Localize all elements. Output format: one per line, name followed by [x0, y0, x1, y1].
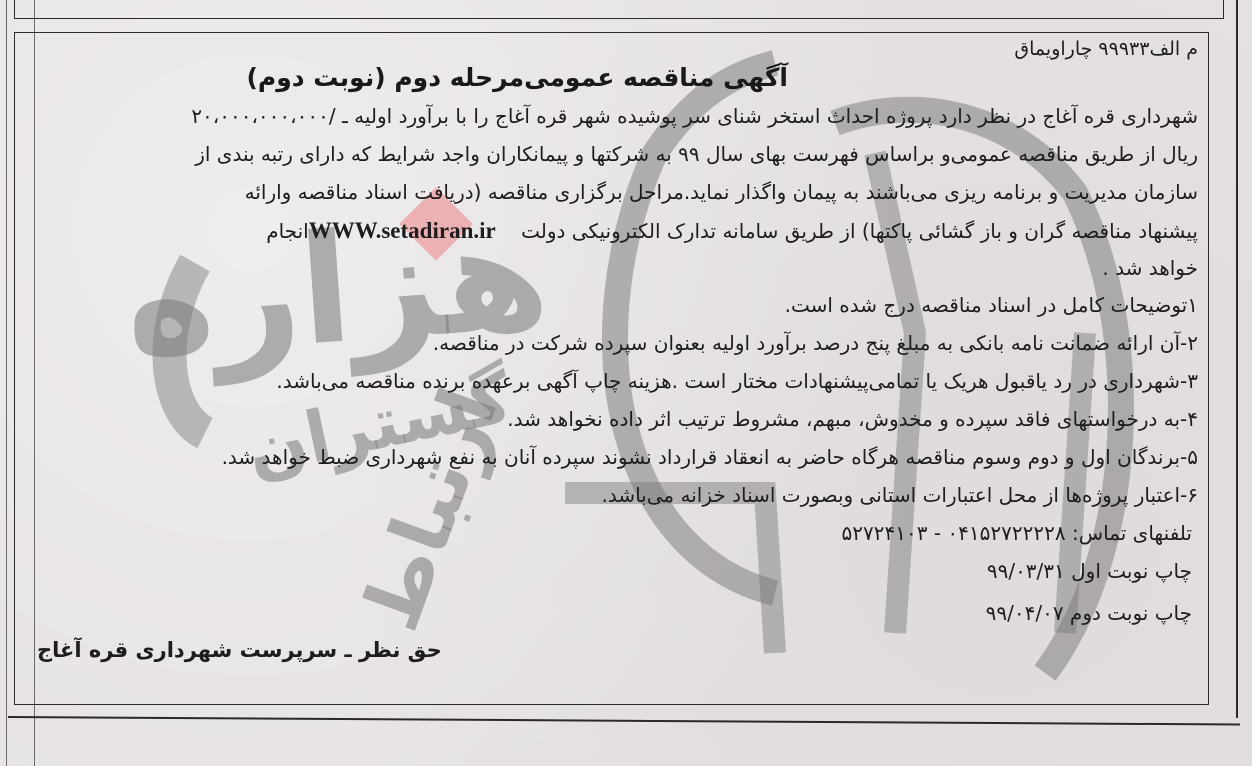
phones-label: تلفنهای تماس: [1072, 521, 1192, 545]
tender-ad-box: هزاره گستران ارتباط م الف۹۹۹۳۳ چاراویماق… [14, 32, 1209, 705]
phones-value: ۰۴۱۵۲۷۲۲۲۲۸ - ۵۲۷۲۴۱۰۳ [842, 521, 1066, 545]
column-rule-right [1236, 0, 1238, 718]
setadiran-link[interactable]: WWW.setadiran.ir [309, 218, 496, 243]
ad-title: آگهی مناقصه عمومی‌مرحله دوم (نوبت دوم) [246, 63, 788, 92]
paragraph-line-2: ریال از طریق مناقصه عمومی‌و براساس فهرست… [195, 144, 1198, 164]
signature: حق نظر ـ سرپرست شهرداری قره آغاج [37, 638, 442, 662]
condition-5: ۵-برندگان اول و دوم وسوم مناقصه هرگاه حا… [222, 447, 1198, 467]
paragraph-line-3: سازمان مدیریت و برنامه ریزی می‌باشند به … [245, 182, 1198, 202]
column-rule-left-outer [6, 0, 7, 766]
ad-code: م الف۹۹۹۳۳ چاراویماق [1014, 38, 1198, 60]
condition-2: ۲-آن ارائه ضمانت نامه بانکی به مبلغ پنج … [433, 333, 1198, 353]
phones-line: تلفنهای تماس: ۰۴۱۵۲۷۲۲۲۲۸ - ۵۲۷۲۴۱۰۳ [842, 523, 1192, 543]
paragraph-line-4-suffix: انجام [266, 219, 309, 243]
print-second-date: چاپ نوبت دوم ۹۹/۰۴/۰۷ [986, 603, 1192, 623]
print-first-date: چاپ نوبت اول ۹۹/۰۳/۳۱ [987, 561, 1192, 581]
column-rule-bottom [8, 716, 1240, 726]
paragraph-line-4: پیشنهاد مناقصه گران و باز گشائی پاکتها) … [266, 219, 1198, 242]
paragraph-line-4-text: پیشنهاد مناقصه گران و باز گشائی پاکتها) … [521, 219, 1198, 243]
condition-6: ۶-اعتبار پروژه‌ها از محل اعتبارات استانی… [601, 485, 1198, 505]
condition-1: ۱توضیحات کامل در اسناد مناقصه درج شده اس… [785, 295, 1198, 315]
paragraph-line-1: شهرداری قره آغاج در نظر دارد پروژه احداث… [191, 106, 1198, 126]
paragraph-line-5: خواهد شد . [1102, 258, 1198, 278]
condition-4: ۴-به درخواستهای فاقد سپرده و مخدوش، مبهم… [507, 409, 1198, 429]
watermark-text-sub2: ارتباط [343, 376, 516, 642]
previous-ad-box [14, 0, 1224, 19]
condition-3: ۳-شهرداری در رد یاقبول هریک یا تمامی‌پیش… [276, 371, 1198, 391]
